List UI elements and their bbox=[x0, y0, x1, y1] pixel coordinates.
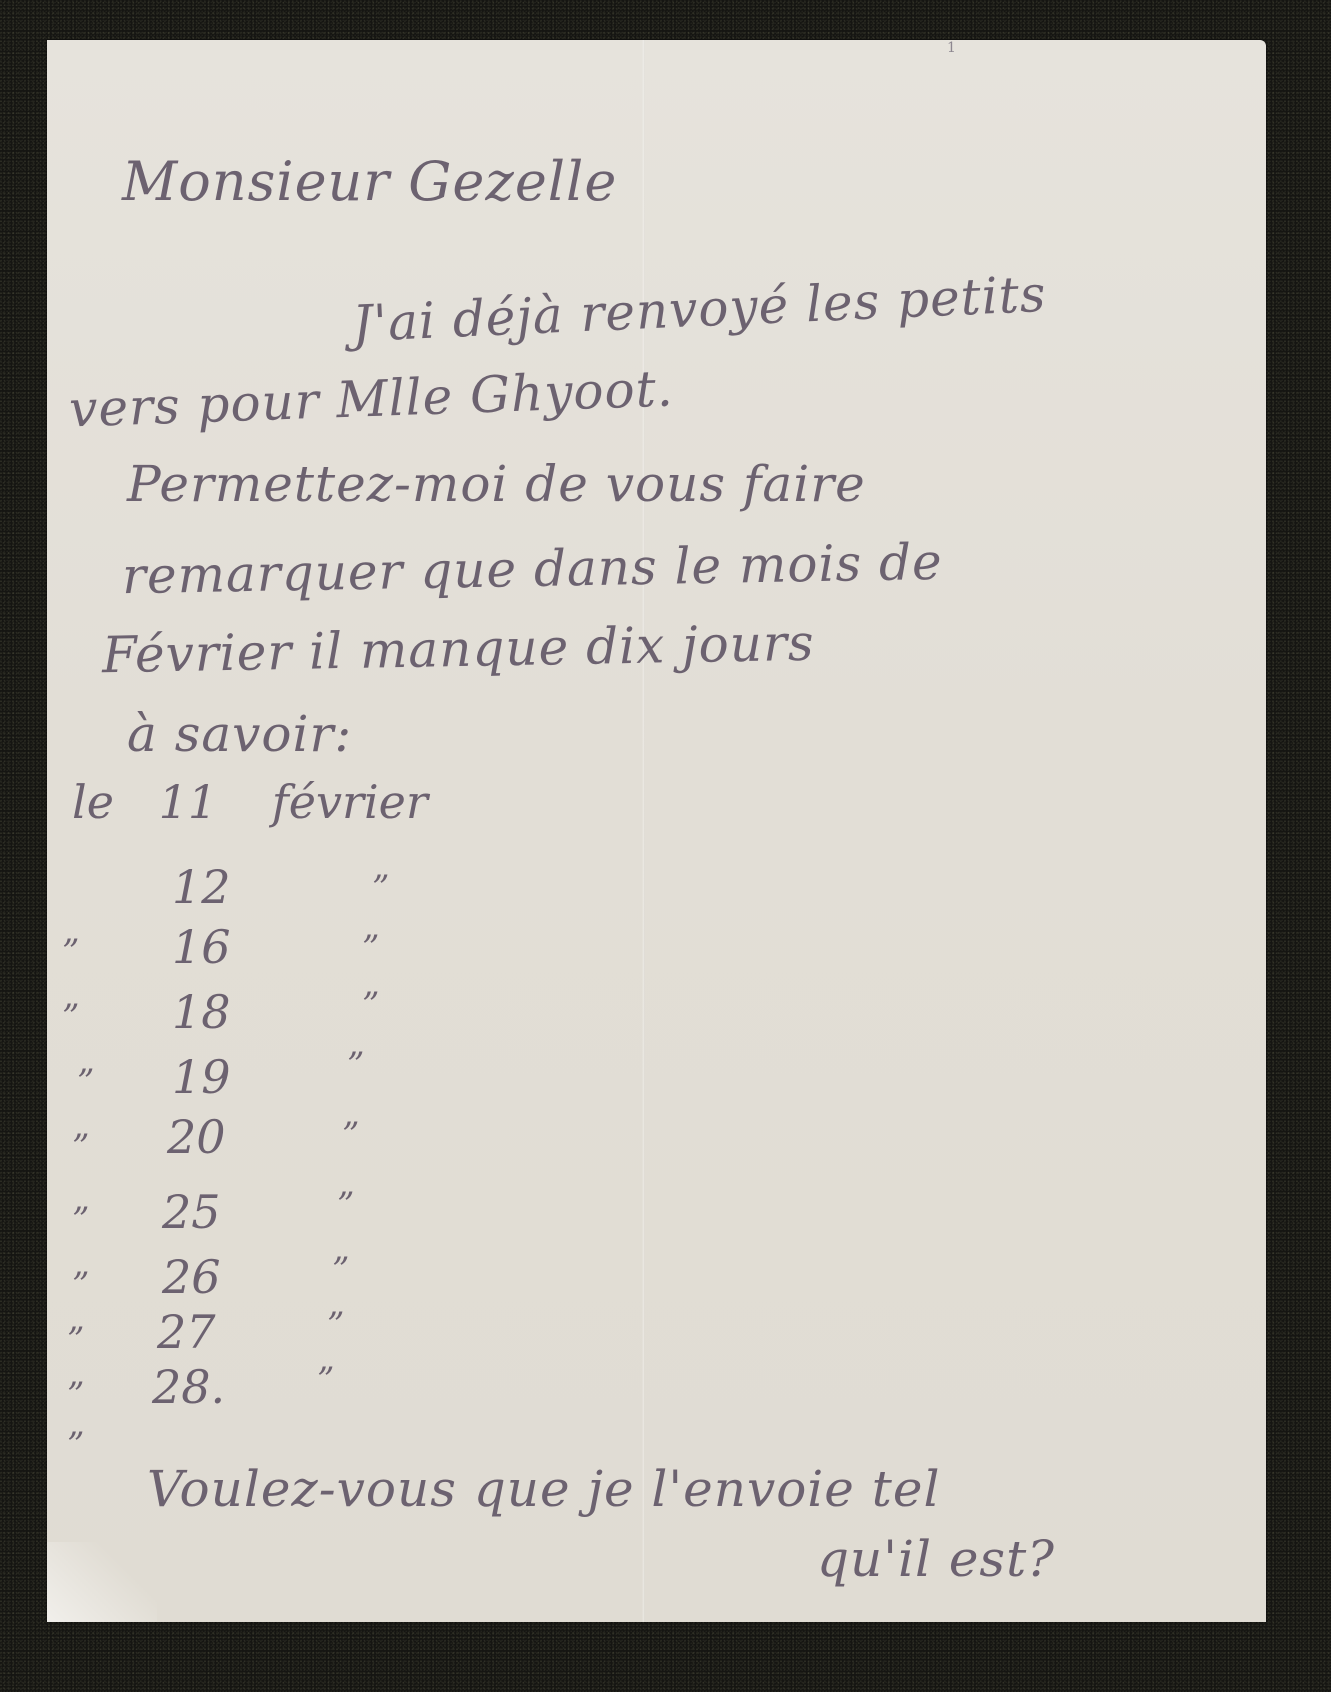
ditto-mark: ” bbox=[62, 997, 79, 1037]
ditto-mark: ” bbox=[62, 932, 79, 972]
paragraph-2-line-4: à savoir: bbox=[127, 705, 352, 763]
list-item: ” 18 ” bbox=[47, 985, 447, 1045]
ditto-mark: ” bbox=[362, 985, 379, 1025]
month: février bbox=[272, 775, 428, 829]
ditto-mark: ” bbox=[72, 1200, 89, 1240]
paragraph-1-line-2: vers pour Mlle Ghyoot. bbox=[68, 359, 674, 438]
paper-crease-corner bbox=[47, 1542, 157, 1622]
day: 25 bbox=[162, 1185, 221, 1239]
ditto-mark: ” bbox=[362, 928, 379, 968]
day: 27 bbox=[157, 1305, 216, 1359]
closing-line-2: qu'il est? bbox=[817, 1530, 1055, 1588]
day: 19 bbox=[172, 1050, 231, 1104]
ditto-mark: ” bbox=[372, 868, 389, 908]
list-item: ” 25 ” bbox=[47, 1185, 447, 1245]
list-item: ” 19 ” bbox=[47, 1050, 447, 1110]
day: 28. bbox=[152, 1360, 225, 1414]
ditto-mark: ” bbox=[347, 1045, 364, 1085]
ditto-mark: ” bbox=[72, 1127, 89, 1167]
paper-fold-line bbox=[642, 40, 645, 1622]
day: 20 bbox=[167, 1110, 226, 1164]
paragraph-2-line-1: Permettez-moi de vous faire bbox=[127, 455, 866, 513]
day: 16 bbox=[172, 920, 231, 974]
ditto-mark: ” bbox=[72, 1265, 89, 1305]
day: 12 bbox=[172, 860, 231, 914]
list-item-first: le 11 février bbox=[72, 775, 428, 829]
list-item: 12 ” bbox=[47, 860, 447, 920]
day: 18 bbox=[172, 985, 231, 1039]
day: 11 bbox=[159, 775, 218, 829]
ditto-mark: ” bbox=[332, 1250, 349, 1290]
list-item: ” 16 ” bbox=[47, 920, 447, 980]
ditto-mark: ” bbox=[327, 1305, 344, 1345]
paragraph-1-line-1: J'ai déjà renvoyé les petits bbox=[351, 265, 1048, 353]
ditto-mark: ” bbox=[342, 1115, 359, 1155]
prefix: le bbox=[72, 775, 114, 829]
ditto-mark: ” bbox=[337, 1185, 354, 1225]
list-item: ” 26 ” bbox=[47, 1250, 447, 1310]
day: 26 bbox=[162, 1250, 221, 1304]
paragraph-2-line-3: Février il manque dix jours bbox=[102, 614, 815, 684]
list-item: ” 27 ” bbox=[47, 1305, 447, 1365]
list-item: ” 20 ” bbox=[47, 1115, 447, 1175]
closing-line-1: Voulez-vous que je l'envoie tel bbox=[147, 1460, 940, 1518]
ditto-mark: ” bbox=[67, 1375, 84, 1415]
ditto-mark: ” bbox=[67, 1425, 84, 1465]
paragraph-2-line-2: remarquer que dans le mois de bbox=[122, 533, 943, 605]
letter-sheet: 1 Monsieur Gezelle J'ai déjà renvoyé les… bbox=[47, 40, 1266, 1622]
ditto-mark: ” bbox=[77, 1062, 94, 1102]
ditto-mark: ” bbox=[67, 1320, 84, 1360]
list-item: ” 28. ” ” bbox=[47, 1360, 447, 1420]
ditto-mark: ” bbox=[317, 1360, 334, 1400]
page-number-mark: 1 bbox=[947, 40, 956, 56]
salutation: Monsieur Gezelle bbox=[122, 150, 617, 213]
